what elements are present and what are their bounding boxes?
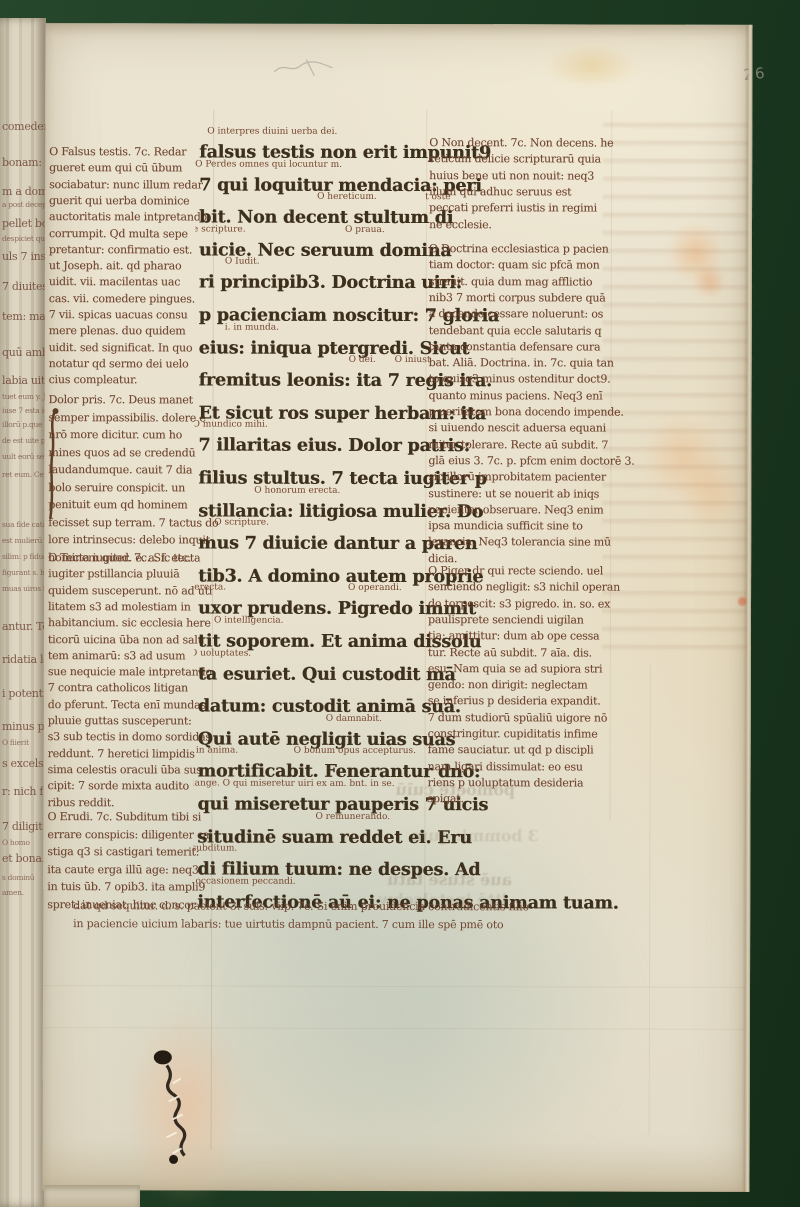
- commentary-line: riens p uoluptatum desideria: [428, 776, 584, 789]
- commentary-line: nib3 7 morti corpus subdere quā: [429, 291, 606, 304]
- commentary-line: sustinere: ut se nouerit ab iniqs: [428, 487, 599, 500]
- commentary-line: fecisset sup terram. 7 tactus do: [48, 516, 218, 529]
- commentary-line: ita caute erga illū age: neq3: [47, 863, 198, 876]
- commentary-line: sima celestis oraculi ūba sus: [48, 763, 202, 776]
- commentary-line: ut Joseph. ait. qd pharao: [49, 259, 182, 272]
- commentary-line: lerancia. Neq3 tolerancia sine mū: [428, 535, 611, 548]
- commentary-line: mines quos ad se credendū: [48, 446, 195, 459]
- commentary-line: ticorū uicina ūba non ad salu: [48, 633, 205, 646]
- commentary-line: do pferunt. Tecta enī mundas: [48, 698, 206, 711]
- commentary-line: cas. vii. comedere pingues.: [49, 292, 195, 305]
- photo-backdrop: comedembonam: inm a dominoa post decepta…: [0, 0, 800, 1207]
- commentary-line: to quisq3 minus ostenditur doct9.: [429, 372, 611, 385]
- right-commentary-column: O Non decent. 7c. Non decens. hereticum …: [427, 24, 643, 845]
- edge-fragment: sua fide catā: [2, 520, 46, 529]
- commentary-line: corrumpit. Qd multa sepe: [49, 227, 188, 240]
- commentary-line: mere plenas. duo quidem: [49, 324, 186, 337]
- commentary-line: tur. Recte aū subdit. 7 aīa. dis.: [428, 646, 592, 659]
- commentary-line: ribus reddit.: [47, 796, 114, 809]
- commentary-line: paulisprete senciendi uigilan: [428, 613, 584, 626]
- edge-fragment: iuse 7 esta ien: [2, 406, 46, 415]
- edge-fragment: amen.: [2, 888, 24, 897]
- commentary-line: tia: amittitur: dum ab ope cessa: [428, 629, 600, 642]
- commentary-line: litatem s3 ad molestiam in: [48, 600, 191, 613]
- commentary-line: tanta constantia defensare cura: [429, 340, 601, 353]
- page-cut-edge: [741, 25, 752, 1192]
- commentary-line: semper impassibilis. dolere ē: [48, 411, 205, 424]
- commentary-line: huius bene uti non nouit: neq3: [429, 169, 594, 182]
- commentary-line: O Doctrina ecclesiastica p pacien: [429, 242, 609, 255]
- commentary-line: in tuis ūb. 7 opib3. ita ampli9: [47, 880, 205, 893]
- commentary-line: guerit qui uerba dominice: [49, 194, 189, 207]
- manuscript-page: pomoetē cuīū3 bommi: qumauē stusē tatūlt…: [42, 23, 752, 1192]
- edge-fragment: pellet bo: [2, 217, 46, 230]
- commentary-line: sociabatur: nunc illum redar: [49, 178, 203, 191]
- commentary-line: 7 dum studiorū spūaliū uigore nō: [428, 711, 608, 724]
- commentary-line: si uiuendo nescit aduersa equani: [428, 421, 606, 434]
- interlinear-gloss: O occasionem peccandi.: [193, 876, 296, 886]
- edge-fragment: O homo: [2, 838, 30, 847]
- edge-fragment: comedem: [2, 120, 46, 133]
- edge-fragment: uls 7 insp: [2, 250, 46, 263]
- main-text-line: ta esuriet. Qui custodit mā: [198, 664, 456, 685]
- interlinear-gloss: O honorum erecta.: [254, 485, 340, 495]
- commentary-line: errare conspicis: diligenter ca: [47, 828, 209, 841]
- commentary-line: nam ligari dissimulat: eo esu: [428, 760, 583, 773]
- edge-fragment: 7 diligit eum: [2, 820, 46, 833]
- edge-fragment: antur. Testi: [2, 620, 46, 633]
- commentary-line: laudandumque. cauit 7 dia: [48, 463, 192, 476]
- edge-fragment: silim: p fiducia: [2, 552, 46, 561]
- commentary-line: se inferius p desideria expandit.: [428, 694, 601, 707]
- commentary-line: nrō more dicitur. cum ho: [48, 428, 182, 441]
- commentary-line: constringitur. cupiditatis infime: [428, 727, 598, 740]
- commentary-line: stiga q3 si castigari temerit:: [47, 845, 199, 858]
- edge-fragment: figurant s. hoc: [2, 568, 46, 577]
- commentary-line: pluuie guttas susceperunt:: [48, 714, 192, 727]
- commentary-line: reticum delicie scripturarū quia: [429, 152, 601, 165]
- commentary-line: bolo seruire conspicit. un: [48, 481, 185, 494]
- interlinear-gloss: O iniust: [395, 355, 431, 365]
- parchment-repair-stitch: [143, 1031, 195, 1173]
- edge-fragment: de est uite pre: [2, 436, 46, 445]
- commentary-line: peccati preferri iustis in regimi: [429, 201, 597, 214]
- interlinear-gloss: O mundico mihi.: [193, 420, 268, 430]
- interlinear-gloss: O praua.: [345, 225, 385, 235]
- underlying-page-edges: comedembonam: inm a dominoa post decepta…: [0, 18, 46, 1207]
- commentary-line: O Erudi. 7c. Subditum tibi si: [47, 810, 201, 823]
- commentary-line: senciendo negligit: s3 nichil operan: [428, 580, 620, 594]
- commentary-line: uidit. sed significat. In quo: [49, 341, 193, 354]
- edge-fragment: s excelserat: [2, 757, 46, 770]
- commentary-line: sue nequicie male intpretando.: [48, 665, 215, 678]
- ruling-line-vertical: [649, 665, 651, 1135]
- commentary-line: uidit. vii. macilentas uac: [49, 275, 180, 288]
- bottom-note-line: dat qd sequitur. d. s. pacient 3: suis. …: [73, 899, 529, 913]
- page-bottom-corner: [44, 1185, 140, 1207]
- edge-fragment: et bona.: [2, 852, 45, 865]
- edge-fragment: labia uita: [2, 374, 46, 387]
- commentary-line: O Falsus testis. 7c. Redar: [49, 145, 186, 158]
- commentary-line: illum qui adhuc seruus est: [429, 185, 571, 198]
- commentary-line: sic illorū improbitatem pacienter: [428, 470, 606, 483]
- commentary-line: dicia.: [428, 552, 457, 565]
- commentary-line: strauit. quia dum mag afflictio: [429, 275, 592, 288]
- interlinear-gloss: O in anima.: [193, 746, 238, 756]
- commentary-line: lore intrinsecus: delebo inquit: [48, 533, 210, 546]
- commentary-line: ipsa mundicia sufficit sine to: [428, 519, 582, 532]
- commentary-line: penituit eum qd hominem: [48, 498, 187, 511]
- edge-fragment: minus pap: [2, 720, 46, 733]
- interlinear-gloss: O operandi.: [348, 583, 402, 593]
- commentary-line: gueret eum qui cū ūbum: [49, 161, 182, 174]
- edge-fragment: bonam: in: [2, 156, 46, 169]
- commentary-line: habitancium. sic ecclesia here: [48, 616, 211, 629]
- edge-fragment: 7 diuites: [2, 280, 46, 293]
- edge-fragment: est mulierū uiris: [2, 536, 46, 545]
- commentary-line: miter tolerare. Recte aū subdit. 7: [428, 438, 608, 451]
- interlinear-gloss: O intelligencia.: [214, 616, 284, 626]
- commentary-line: reddunt. 7 heretici limpidis: [48, 747, 195, 760]
- edge-fragment: a post decepta: [2, 200, 46, 209]
- commentary-line: 7 vii. spicas uacuas consu: [49, 308, 188, 321]
- commentary-line: tiam doctor: quam sic pfcā mon: [429, 258, 600, 271]
- interlinear-gloss: O damnabit.: [326, 714, 382, 724]
- commentary-line: ne ecclesie.: [429, 218, 492, 231]
- interlinear-gloss: O bonum opus accepturus.: [294, 746, 416, 756]
- edge-fragment: i potentia: [2, 687, 46, 700]
- commentary-line: p ueritatem bona docendo impende.: [428, 405, 623, 419]
- commentary-line: Dolor pris. 7c. Deus manet: [49, 393, 193, 406]
- commentary-line: O Piger dr qui recte sciendo. uel: [428, 564, 603, 577]
- edge-fragment: despiciet qui: [2, 234, 46, 243]
- commentary-line: s3 sub tectis in domo sordidas: [48, 730, 211, 743]
- edge-fragment: tuet eum y. Jun: [2, 392, 46, 401]
- commentary-line: tendebant quia eccle salutaris q: [429, 324, 602, 337]
- bottom-note-line: in paciencie uicium labaris: tue uirtuti…: [73, 917, 503, 931]
- edge-fragment: O fiierit: [2, 738, 29, 747]
- interlinear-gloss: O Iudit.: [225, 257, 260, 267]
- commentary-line: fame sauciatur. ut qd p discipli: [428, 743, 594, 756]
- interlinear-gloss: O hereticum.: [317, 192, 377, 202]
- commentary-line: quanto minus paciens. Neq3 enī: [429, 389, 603, 402]
- interlinear-gloss: i. in munda.: [225, 322, 279, 332]
- main-text-line: ri principib3. Doctrina uiri:: [199, 273, 462, 294]
- interlinear-gloss: O interpres diuini uerba dei.: [207, 127, 337, 137]
- interlinear-gloss: O lange. O qui miseretur uiri ex am. bnt…: [193, 778, 394, 789]
- interlinear-gloss: O subditum.: [193, 844, 237, 854]
- interlinear-gloss: O scripture.: [214, 518, 269, 528]
- interlinear-gloss: O erecta.: [193, 583, 226, 593]
- interlinear-gloss: cie scripture.: [193, 224, 245, 234]
- commentary-line: do torpescit: s3 pigredo. in. so. ex: [428, 597, 610, 610]
- commentary-line: cipit: 7 sorde mixta audito: [48, 779, 189, 792]
- commentary-line: bat. Aliā. Doctrina. in. 7c. quia tan: [429, 356, 614, 369]
- commentary-line: cius compleatur.: [49, 373, 138, 386]
- commentary-line: O Tecta iugiter. 7c. Sic tecta: [48, 551, 200, 564]
- commentary-line: 7 contra catholicos litigan: [48, 681, 188, 694]
- edge-fragment: r: nich fide: [2, 785, 46, 798]
- commentary-line: glā eius 3. 7c. p. pfcm enim doctorē 3.: [428, 454, 634, 468]
- commentary-line: iugiter pstillancia pluuiā: [48, 567, 180, 580]
- commentary-line: tem animarū: s3 ad usum: [48, 649, 185, 662]
- commentary-line: esu. Nam quia se ad supiora stri: [428, 662, 603, 675]
- commentary-line: a docendo cessare noluerunt: os: [429, 307, 603, 320]
- edge-fragment: ridatia loq: [2, 653, 46, 666]
- commentary-line: O Non decent. 7c. Non decens. he: [429, 136, 613, 149]
- edge-fragment: uult eorū semet: [2, 452, 46, 461]
- edge-fragment: s dominū: [2, 873, 34, 882]
- commentary-line: pacienter obseruare. Neq3 enim: [428, 503, 603, 516]
- edge-fragment: illorū p.que d: [2, 420, 46, 429]
- commentary-line: auctoritatis male intpretando: [49, 210, 207, 223]
- edge-fragment: ret eum. Ceput: [2, 470, 46, 479]
- interlinear-gloss: O uoluptates.: [193, 648, 251, 658]
- interlinear-gloss: O Perdes omnes qui locuntur m.: [195, 159, 342, 169]
- commentary-line: notatur qd sermo dei uelo: [49, 357, 189, 370]
- interlinear-gloss: O dei.: [349, 355, 376, 365]
- commentary-line: spigat.: [427, 792, 463, 805]
- edge-fragment: muas uiros inq3: [2, 584, 46, 593]
- edge-fragment: tem: mas: [2, 310, 46, 323]
- commentary-line: pretantur: confirmatio est.: [49, 243, 192, 256]
- interlinear-gloss: O remunerando.: [315, 811, 390, 821]
- commentary-line: quidem susceperunt. nō ad uti: [48, 584, 212, 597]
- edge-fragment: m a domino: [2, 185, 46, 198]
- edge-fragment: quū ambula: [2, 346, 46, 359]
- commentary-line: gendo: non dirigit: neglectam: [428, 678, 588, 691]
